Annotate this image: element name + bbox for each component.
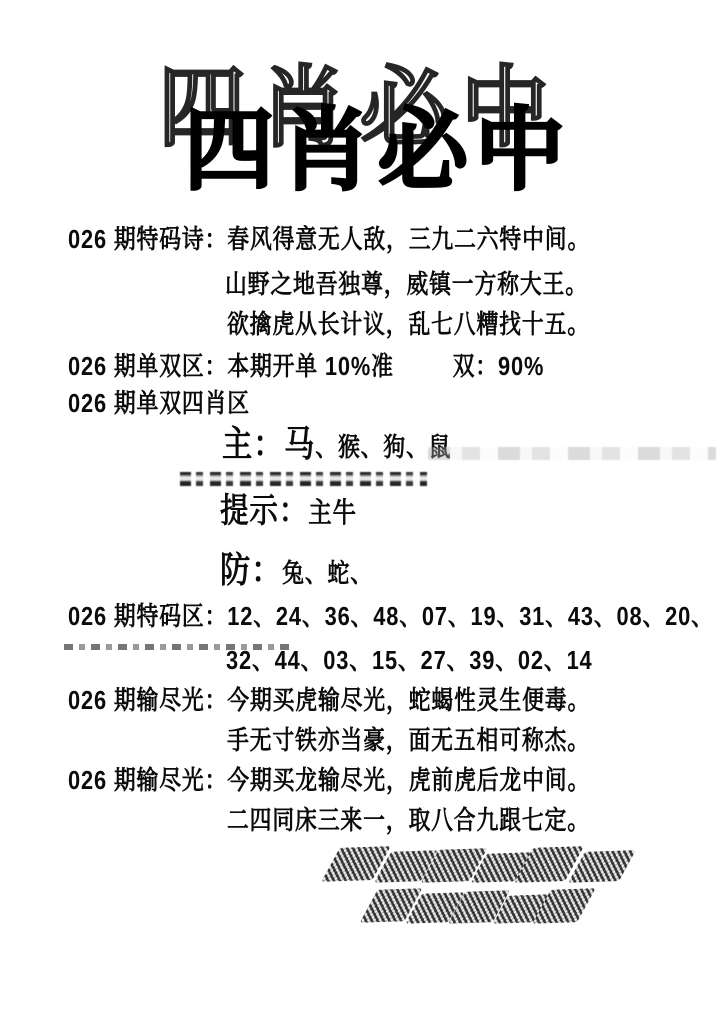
shujin2-label: 026 期输尽光： bbox=[68, 765, 227, 795]
danshuang-label: 026 期单双区： bbox=[68, 351, 227, 381]
poem-verse-3: 欲擒虎从长计议，乱七八糟找十五。 bbox=[227, 309, 590, 339]
fang-value: 兔、蛇、 bbox=[282, 558, 373, 588]
tishi-value: 主牛 bbox=[308, 497, 357, 528]
shujin1-label: 026 期输尽光： bbox=[68, 685, 227, 715]
sixiao-header: 026 期单双四肖区 bbox=[68, 389, 250, 419]
tishi-label: 提示： bbox=[220, 492, 308, 530]
shujin2-line-1: 026 期输尽光：今期买龙输尽光，虎前虎后龙中间。 bbox=[68, 766, 590, 796]
shujin1-line-1: 026 期输尽光：今期买虎输尽光，蛇蝎性灵生便毒。 bbox=[68, 686, 590, 716]
danshuang-line: 026 期单双区：本期开单 10%准双：90% bbox=[68, 352, 544, 382]
shujin1-verse-2: 手无寸铁亦当豪，面无五相可称杰。 bbox=[227, 725, 590, 755]
shujin1-verse-1: 今期买虎输尽光，蛇蝎性灵生便毒。 bbox=[227, 685, 590, 715]
zhu-main-zodiac: 马 bbox=[284, 423, 315, 464]
tip-sheet-page: 四肖必中 四肖必中 026 期特码诗：春风得意无人敌，三九二六特中间。 山野之地… bbox=[0, 0, 723, 1024]
fang-line: 防：兔、蛇、 bbox=[220, 549, 373, 590]
tema-line-1: 026 期特码区：12、24、36、48、07、19、31、43、08、20、 bbox=[68, 602, 714, 632]
poem-verse-1: 春风得意无人敌，三九二六特中间。 bbox=[227, 224, 590, 254]
shujin2-verse-2: 二四同床三来一，取八合九跟七定。 bbox=[227, 805, 590, 835]
zhu-label: 主： bbox=[222, 423, 284, 464]
poem-line-3: 欲擒虎从长计议，乱七八糟找十五。 bbox=[227, 310, 590, 340]
poem-verse-2: 山野之地吾独尊，威镇一方称大王。 bbox=[225, 269, 588, 299]
zhu-line: 主：马、猴、狗、鼠 bbox=[222, 423, 451, 464]
tema-numbers-2: 32、44、03、15、27、39、02、14 bbox=[226, 645, 593, 675]
tema-label: 026 期特码区： bbox=[68, 601, 227, 631]
poem-line-2: 山野之地吾独尊，威镇一方称大王。 bbox=[225, 270, 588, 300]
tema-numbers-1: 12、24、36、48、07、19、31、43、08、20、 bbox=[227, 601, 714, 631]
shujin2-line-2: 二四同床三来一，取八合九跟七定。 bbox=[227, 806, 590, 836]
danshuang-shuang: 双：90% bbox=[453, 351, 545, 381]
poem-line-1: 026 期特码诗：春风得意无人敌，三九二六特中间。 bbox=[68, 225, 590, 255]
sixiao-header-text: 026 期单双四肖区 bbox=[68, 388, 250, 418]
fang-label: 防： bbox=[220, 549, 282, 590]
danshuang-dan: 本期开单 10%准 bbox=[227, 351, 394, 381]
tishi-line: 提示：主牛 bbox=[220, 492, 357, 531]
shujin1-line-2: 手无寸铁亦当豪，面无五相可称杰。 bbox=[227, 726, 590, 756]
shujin2-verse-1: 今期买龙输尽光，虎前虎后龙中间。 bbox=[227, 765, 590, 795]
poem-label: 026 期特码诗： bbox=[68, 224, 227, 254]
erased-text-smudge-dark bbox=[180, 472, 427, 486]
page-title-solid: 四肖必中 bbox=[184, 106, 572, 196]
tema-line-2: 32、44、03、15、27、39、02、14 bbox=[226, 646, 593, 676]
erased-text-smudge-light bbox=[428, 447, 716, 460]
